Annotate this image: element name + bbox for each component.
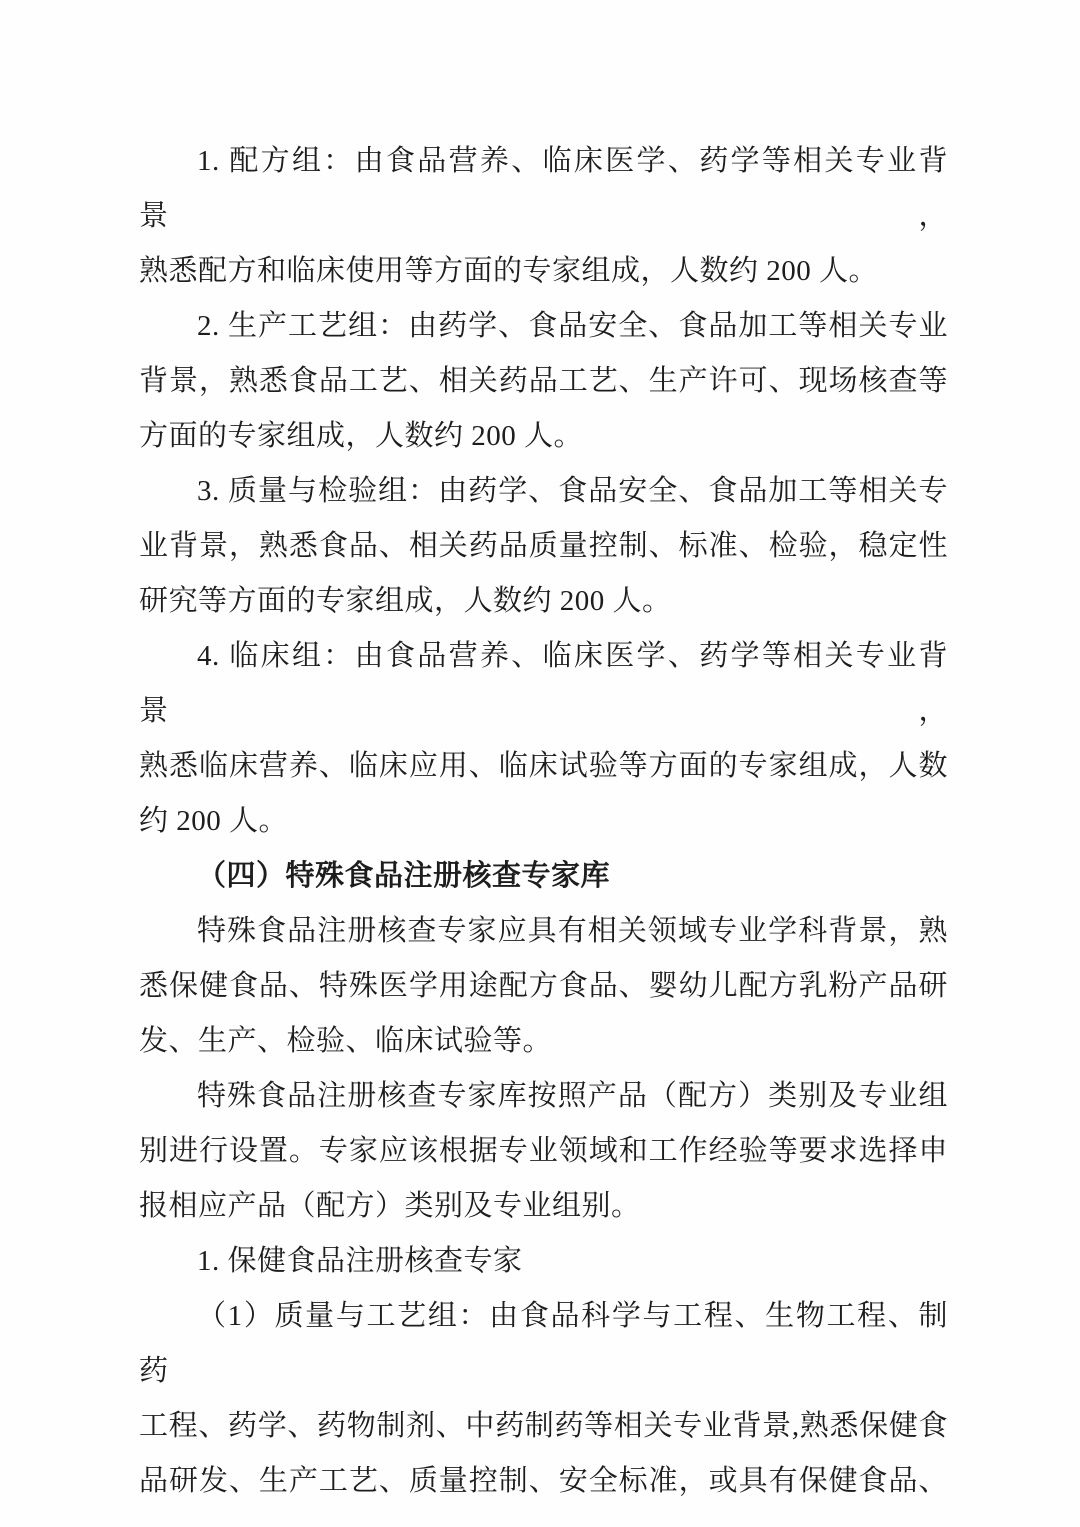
text-line: （1）质量与工艺组：由食品科学与工程、生物工程、制药 xyxy=(139,1289,948,1399)
text-line: 悉保健食品、特殊医学用途配方食品、婴幼儿配方乳粉产品研 xyxy=(139,959,948,1014)
text-line: 别进行设置。专家应该根据专业领域和工作经验等要求选择申 xyxy=(139,1124,948,1179)
document-text-block: 1. 配方组：由食品营养、临床医学、药学等相关专业背景， 熟悉配方和临床使用等方… xyxy=(139,134,948,1509)
paragraph-expert-requirements: 特殊食品注册核查专家应具有相关领域专业学科背景，熟 悉保健食品、特殊医学用途配方… xyxy=(139,904,948,1069)
text-line: 3. 质量与检验组：由药学、食品安全、食品加工等相关专 xyxy=(139,464,948,519)
text-line: 品研发、生产工艺、质量控制、安全标准，或具有保健食品、 xyxy=(139,1454,948,1509)
paragraph-1-formula-group: 1. 配方组：由食品营养、临床医学、药学等相关专业背景， 熟悉配方和临床使用等方… xyxy=(139,134,948,299)
paragraph-4-clinical-group: 4. 临床组：由食品营养、临床医学、药学等相关专业背景， 熟悉临床营养、临床应用… xyxy=(139,629,948,849)
text-line: 研究等方面的专家组成，人数约 200 人。 xyxy=(139,574,948,629)
subheading-health-food-experts: 1. 保健食品注册核查专家 xyxy=(139,1234,948,1289)
text-line: 约 200 人。 xyxy=(139,794,948,849)
section-heading-special-food-expert-db: （四）特殊食品注册核查专家库 xyxy=(139,849,948,904)
text-line: 背景，熟悉食品工艺、相关药品工艺、生产许可、现场核查等 xyxy=(139,354,948,409)
text-line: 熟悉配方和临床使用等方面的专家组成，人数约 200 人。 xyxy=(139,244,948,299)
text-line: 报相应产品（配方）类别及专业组别。 xyxy=(139,1179,948,1234)
text-line: 业背景，熟悉食品、相关药品质量控制、标准、检验，稳定性 xyxy=(139,519,948,574)
paragraph-quality-process-group: （1）质量与工艺组：由食品科学与工程、生物工程、制药 工程、药学、药物制剂、中药… xyxy=(139,1289,948,1509)
text-line: 工程、药学、药物制剂、中药制药等相关专业背景,熟悉保健食 xyxy=(139,1399,948,1454)
text-line: 方面的专家组成，人数约 200 人。 xyxy=(139,409,948,464)
text-line: 2. 生产工艺组：由药学、食品安全、食品加工等相关专业 xyxy=(139,299,948,354)
text-line: 发、生产、检验、临床试验等。 xyxy=(139,1014,948,1069)
text-line: 4. 临床组：由食品营养、临床医学、药学等相关专业背景， xyxy=(139,629,948,739)
paragraph-3-quality-inspection-group: 3. 质量与检验组：由药学、食品安全、食品加工等相关专 业背景，熟悉食品、相关药… xyxy=(139,464,948,629)
text-line: 特殊食品注册核查专家库按照产品（配方）类别及专业组 xyxy=(139,1069,948,1124)
text-line: 熟悉临床营养、临床应用、临床试验等方面的专家组成，人数 xyxy=(139,739,948,794)
heading-line: （四）特殊食品注册核查专家库 xyxy=(139,849,948,904)
subheading-line: 1. 保健食品注册核查专家 xyxy=(139,1234,948,1289)
paragraph-2-production-process-group: 2. 生产工艺组：由药学、食品安全、食品加工等相关专业 背景，熟悉食品工艺、相关… xyxy=(139,299,948,464)
text-line: 1. 配方组：由食品营养、临床医学、药学等相关专业背景， xyxy=(139,134,948,244)
paragraph-expert-db-categories: 特殊食品注册核查专家库按照产品（配方）类别及专业组 别进行设置。专家应该根据专业… xyxy=(139,1069,948,1234)
document-page: 1. 配方组：由食品营养、临床医学、药学等相关专业背景， 熟悉配方和临床使用等方… xyxy=(0,0,1080,1527)
text-line: 特殊食品注册核查专家应具有相关领域专业学科背景，熟 xyxy=(139,904,948,959)
